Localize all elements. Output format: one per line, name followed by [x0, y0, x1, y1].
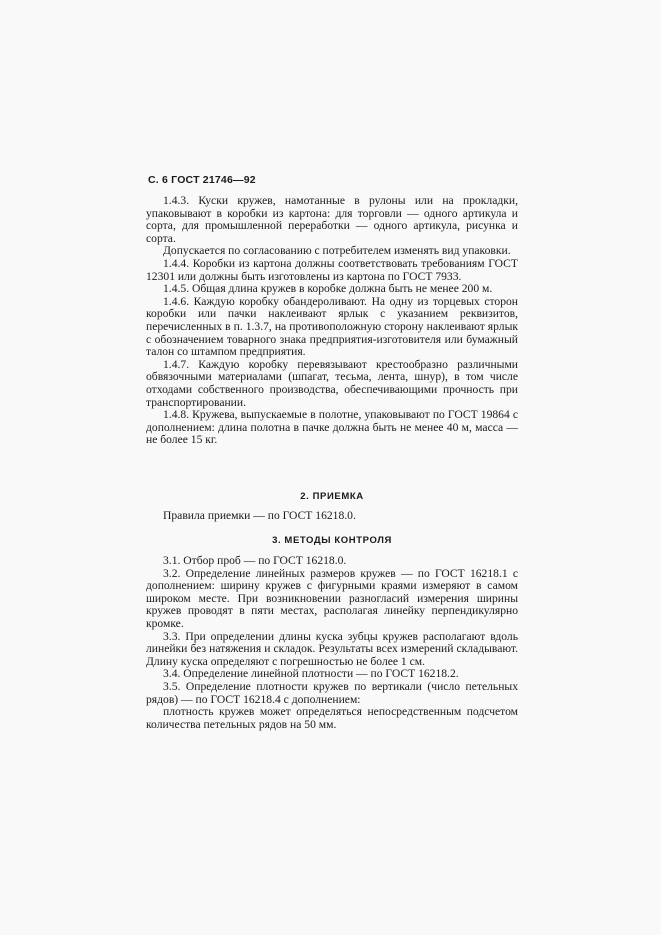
paragraph-acceptance-rules: Правила приемки — по ГОСТ 16218.0.	[146, 510, 518, 523]
section-title-test-methods: 3. МЕТОДЫ КОНТРОЛЯ	[146, 535, 518, 546]
paragraph-3-3: 3.3. При определении длины куска зубцы к…	[146, 631, 518, 669]
paragraph-3-5-note: плотность кружев может определяться непо…	[146, 706, 518, 731]
section-1-packaging: 1.4.3. Куски кружев, намотанные в рулоны…	[146, 195, 518, 447]
page-header: С. 6 ГОСТ 21746—92	[148, 174, 256, 186]
paragraph-3-5: 3.5. Определение плотности кружев по вер…	[146, 681, 518, 706]
paragraph-3-1: 3.1. Отбор проб — по ГОСТ 16218.0.	[146, 555, 518, 568]
section-3-test-methods: 3.1. Отбор проб — по ГОСТ 16218.0. 3.2. …	[146, 555, 518, 731]
paragraph-3-2: 3.2. Определение линейных размеров круже…	[146, 568, 518, 631]
paragraph-1-4-3: 1.4.3. Куски кружев, намотанные в рулоны…	[146, 195, 518, 245]
paragraph-1-4-4: 1.4.4. Коробки из картона должны соответ…	[146, 258, 518, 283]
section-2-acceptance: Правила приемки — по ГОСТ 16218.0.	[146, 510, 518, 523]
paragraph-1-4-6: 1.4.6. Каждую коробку обандероливают. На…	[146, 296, 518, 359]
paragraph-1-4-7: 1.4.7. Каждую коробку перевязывают крест…	[146, 359, 518, 409]
paragraph-1-4-5: 1.4.5. Общая длина кружев в коробке долж…	[146, 283, 518, 296]
section-title-acceptance: 2. ПРИЕМКА	[146, 491, 518, 502]
paragraph-1-4-8: 1.4.8. Кружева, выпускаемые в полотне, у…	[146, 409, 518, 447]
